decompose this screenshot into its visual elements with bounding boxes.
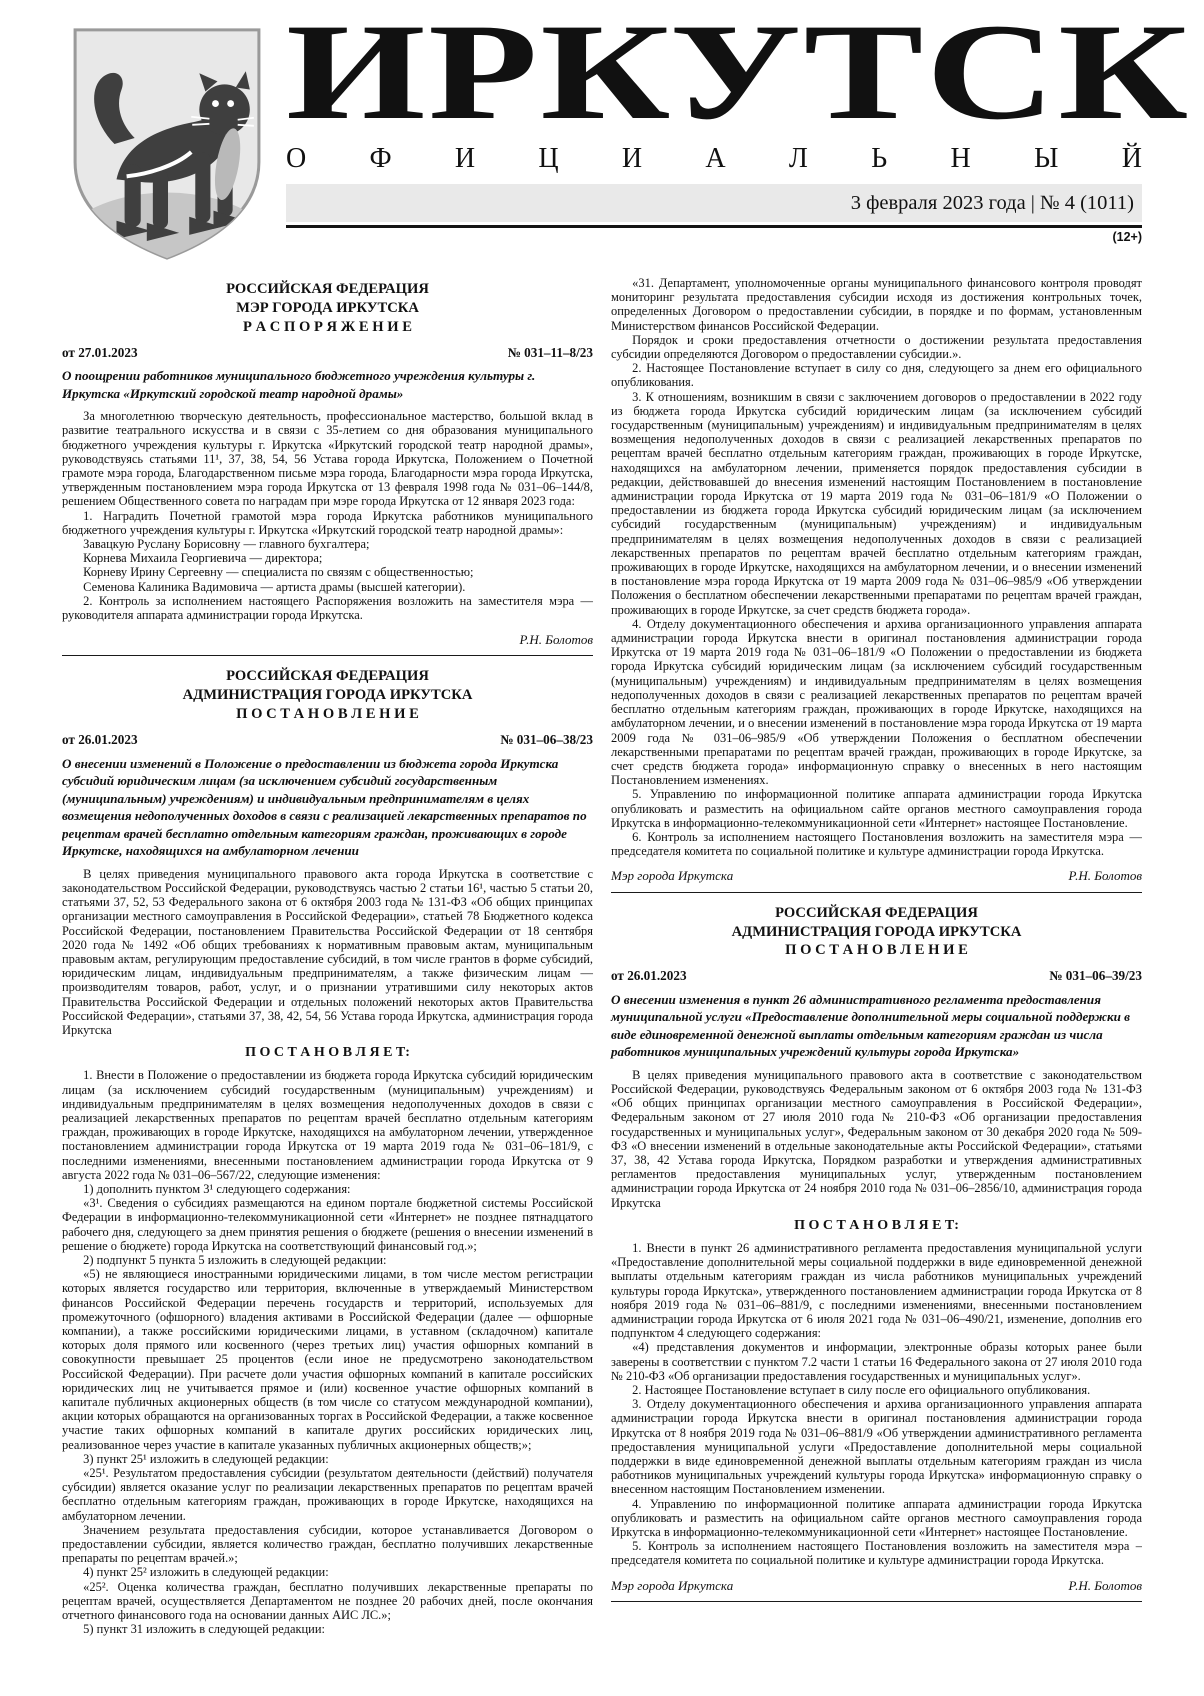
doc-subject: О внесении изменений в Положение о предо…	[62, 755, 593, 860]
paragraph: В целях приведения муниципального правов…	[62, 867, 593, 1037]
resolves-heading: П О С Т А Н О В Л Я Е Т:	[62, 1046, 593, 1060]
masthead-right: ИРКУТСК ОФИЦИАЛЬНЫЙ 3 февраля 2023 года …	[286, 20, 1142, 244]
doc-number: № 031–06–39/23	[1049, 969, 1142, 983]
subtitle-letter: О	[286, 144, 306, 176]
doc-number: № 031–06–38/23	[500, 733, 593, 747]
newspaper-title: ИРКУТСК	[286, 20, 1204, 132]
document: РОССИЙСКАЯ ФЕДЕРАЦИЯАДМИНИСТРАЦИЯ ГОРОДА…	[611, 904, 1142, 1593]
paragraph: 1) дополнить пунктом 3¹ следующего содер…	[62, 1182, 593, 1196]
subtitle-letter: Л	[789, 144, 808, 176]
signature-position: Мэр города Иркутска	[611, 1579, 733, 1593]
paragraph: 2) подпункт 5 пункта 5 изложить в следую…	[62, 1253, 593, 1267]
paragraph: 1. Внести в пункт 26 административного р…	[611, 1241, 1142, 1340]
paragraph: 3. Отделу документационного обеспечения …	[611, 1397, 1142, 1496]
masthead-subtitle: ОФИЦИАЛЬНЫЙ	[286, 144, 1142, 176]
newspaper-page: ИРКУТСК ОФИЦИАЛЬНЫЙ 3 февраля 2023 года …	[0, 0, 1204, 1696]
doc-header-line: Р А С П О Р Я Ж Е Н И Е	[62, 318, 593, 337]
doc-header-line: РОССИЙСКАЯ ФЕДЕРАЦИЯ	[62, 667, 593, 686]
paragraph: В целях приведения муниципального правов…	[611, 1068, 1142, 1210]
paragraph: «25¹. Результатом предоставления субсиди…	[62, 1466, 593, 1523]
paragraph: «3¹. Сведения о субсидиях размещаются на…	[62, 1196, 593, 1253]
age-rating: (12+)	[286, 230, 1142, 244]
document: РОССИЙСКАЯ ФЕДЕРАЦИЯМЭР ГОРОДА ИРКУТСКАР…	[62, 280, 593, 647]
subtitle-letter: А	[705, 144, 725, 176]
doc-date: от 26.01.2023	[611, 969, 687, 983]
doc-header: РОССИЙСКАЯ ФЕДЕРАЦИЯАДМИНИСТРАЦИЯ ГОРОДА…	[62, 667, 593, 724]
signature-name: Р.Н. Болотов	[520, 633, 593, 647]
doc-header-line: П О С Т А Н О В Л Е Н И Е	[62, 705, 593, 724]
masthead-rule	[286, 225, 1142, 228]
paragraph: 4) пункт 25² изложить в следующей редакц…	[62, 1565, 593, 1579]
resolves-heading: П О С Т А Н О В Л Я Е Т:	[611, 1219, 1142, 1233]
paragraph: «5) не являющиеся иностранными юридическ…	[62, 1267, 593, 1452]
paragraph: Значением результата предоставления субс…	[62, 1523, 593, 1566]
paragraph: «25². Оценка количества граждан, бесплат…	[62, 1580, 593, 1623]
doc-separator	[611, 1601, 1142, 1602]
doc-meta: от 26.01.2023№ 031–06–39/23	[611, 969, 1142, 983]
signature-name: Р.Н. Болотов	[1069, 1579, 1142, 1593]
doc-subject: О поощрении работников муниципального бю…	[62, 367, 593, 402]
doc-header-line: АДМИНИСТРАЦИЯ ГОРОДА ИРКУТСКА	[611, 923, 1142, 942]
paragraph: Корневу Ирину Сергеевну — специалиста по…	[62, 565, 593, 579]
subtitle-letter: Н	[951, 144, 971, 176]
doc-separator	[62, 655, 593, 656]
doc-subject: О внесении изменения в пункт 26 админист…	[611, 991, 1142, 1061]
doc-header: РОССИЙСКАЯ ФЕДЕРАЦИЯМЭР ГОРОДА ИРКУТСКАР…	[62, 280, 593, 337]
doc-number: № 031–11–8/23	[508, 346, 593, 360]
issue-date-bar: 3 февраля 2023 года | № 4 (1011)	[286, 184, 1142, 222]
doc-header-line: РОССИЙСКАЯ ФЕДЕРАЦИЯ	[611, 904, 1142, 923]
paragraph: 2. Контроль за исполнением настоящего Ра…	[62, 594, 593, 622]
paragraph: Завацкую Руслану Борисовну — главного бу…	[62, 537, 593, 551]
doc-meta: от 26.01.2023№ 031–06–38/23	[62, 733, 593, 747]
signature-name: Р.Н. Болотов	[1069, 869, 1142, 883]
doc-header-line: П О С Т А Н О В Л Е Н И Е	[611, 941, 1142, 960]
subtitle-letter: И	[455, 144, 475, 176]
subtitle-letter: Ь	[871, 144, 887, 176]
subtitle-letter: Ф	[370, 144, 392, 176]
signature-line: Мэр города ИркутскаР.Н. Болотов	[611, 869, 1142, 883]
paragraph: Семенова Калиника Вадимовича — артиста д…	[62, 580, 593, 594]
paragraph: 2. Настоящее Постановление вступает в си…	[611, 361, 1142, 389]
paragraph: 5) пункт 31 изложить в следующей редакци…	[62, 1622, 593, 1636]
paragraph: 4. Управлению по информационной политике…	[611, 1497, 1142, 1540]
paragraph: 1. Наградить Почетной грамотой мэра горо…	[62, 509, 593, 537]
doc-date: от 26.01.2023	[62, 733, 138, 747]
signature-position: Мэр города Иркутска	[611, 869, 733, 883]
doc-header: РОССИЙСКАЯ ФЕДЕРАЦИЯАДМИНИСТРАЦИЯ ГОРОДА…	[611, 904, 1142, 961]
paragraph: 6. Контроль за исполнением настоящего По…	[611, 830, 1142, 858]
doc-meta: от 27.01.2023№ 031–11–8/23	[62, 346, 593, 360]
paragraph: Корнева Михаила Георгиевича — директора;	[62, 551, 593, 565]
paragraph: 3. К отношениям, возникшим в связи с зак…	[611, 390, 1142, 617]
subtitle-letter: Ы	[1034, 144, 1058, 176]
doc-header-line: АДМИНИСТРАЦИЯ ГОРОДА ИРКУТСКА	[62, 686, 593, 705]
subtitle-letter: И	[622, 144, 642, 176]
doc-header-line: МЭР ГОРОДА ИРКУТСКА	[62, 299, 593, 318]
articles: РОССИЙСКАЯ ФЕДЕРАЦИЯМЭР ГОРОДА ИРКУТСКАР…	[62, 276, 1142, 1656]
doc-separator	[611, 892, 1142, 893]
subtitle-letter: Ц	[538, 144, 558, 176]
signature-line: Мэр города ИркутскаР.Н. Болотов	[611, 1579, 1142, 1593]
paragraph: 2. Настоящее Постановление вступает в си…	[611, 1383, 1142, 1397]
paragraph: 4. Отделу документационного обеспечения …	[611, 617, 1142, 787]
paragraph: «31. Департамент, уполномоченные органы …	[611, 276, 1142, 333]
paragraph: «4) представления документов и информаци…	[611, 1340, 1142, 1383]
coat-of-arms-babr-icon	[66, 22, 268, 266]
issue-date: 3 февраля 2023 года | № 4 (1011)	[851, 192, 1134, 215]
doc-date: от 27.01.2023	[62, 346, 138, 360]
paragraph: 5. Управлению по информационной политике…	[611, 787, 1142, 830]
subtitle-letter: Й	[1122, 144, 1142, 176]
paragraph: За многолетнюю творческую деятельность, …	[62, 409, 593, 508]
paragraph: 1. Внести в Положение о предоставлении и…	[62, 1068, 593, 1182]
doc-header-line: РОССИЙСКАЯ ФЕДЕРАЦИЯ	[62, 280, 593, 299]
signature-line: Р.Н. Болотов	[62, 633, 593, 647]
paragraph: 3) пункт 25¹ изложить в следующей редакц…	[62, 1452, 593, 1466]
paragraph: 5. Контроль за исполнением настоящего По…	[611, 1539, 1142, 1567]
masthead: ИРКУТСК ОФИЦИАЛЬНЫЙ 3 февраля 2023 года …	[62, 20, 1142, 266]
paragraph: Порядок и сроки предоставления отчетност…	[611, 333, 1142, 361]
